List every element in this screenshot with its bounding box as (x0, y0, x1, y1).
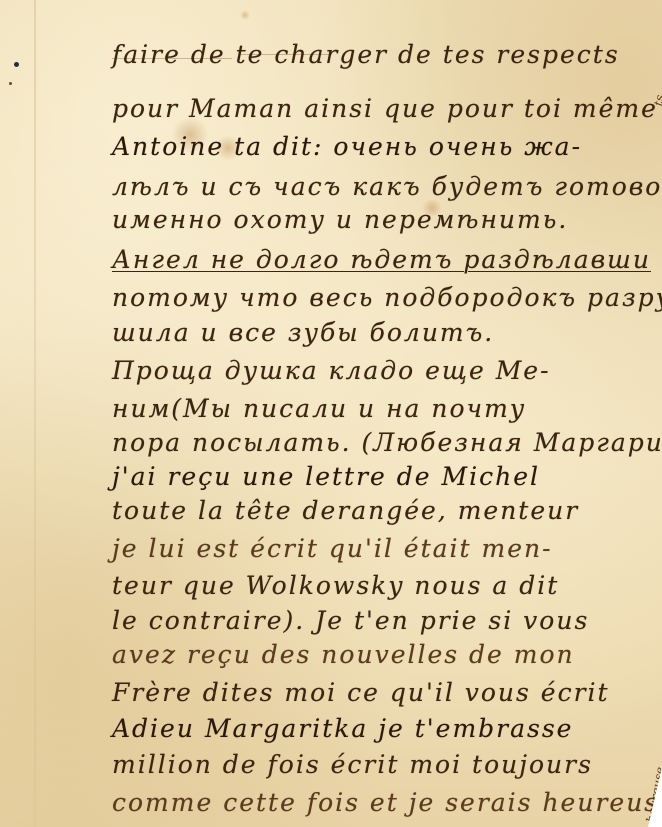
text-line: faire de te charger de tes respects (112, 40, 654, 69)
text-line: j'ai reçu une lettre de Michel (112, 462, 654, 491)
text-line: шила и все зубы болитъ. (112, 318, 654, 347)
ink-dot (9, 82, 12, 85)
text-line: avez reçu des nouvelles de mon (112, 640, 654, 669)
text-line: million de fois écrit moi toujours (112, 750, 654, 779)
text-line: Frère dites moi ce qu'il vous écrit (112, 678, 654, 707)
text-line: Antoine ta dit: очень очень жа- (112, 132, 654, 161)
torn-corner (648, 767, 662, 827)
manuscript-page: faire de te charger de tes respects pour… (0, 0, 662, 827)
text-line: именно охоту и перемѣнить. (112, 205, 654, 234)
text-line: pour Maman ainsi que pour toi même (112, 94, 654, 123)
text-line: потому что весь подбородокъ разру- (112, 283, 654, 312)
text-line: лѣлъ и съ часъ какъ будетъ готово (112, 172, 654, 201)
ink-dot (14, 62, 19, 67)
text-line: Adieu Margaritka je t'embrasse (112, 714, 654, 743)
text-line: je lui est écrit qu'il était men- (112, 534, 654, 563)
text-line: пора посылать. (Любезная Маргари (112, 428, 654, 457)
text-line: Ангел не долго ѣдетъ раздѣлавши (112, 245, 654, 274)
text-line: Проща душка кладо еще Ме- (112, 356, 654, 385)
text-line: toute la tête derangée, menteur (112, 496, 654, 525)
margin-note-top: ts (651, 94, 662, 107)
text-line: comme cette fois et je serais heureuse (112, 788, 654, 817)
ink-stain (240, 10, 250, 20)
text-line: ним(Мы писали и на почту (112, 394, 654, 423)
paper-fold (34, 0, 36, 827)
text-line: le contraire). Je t'en prie si vous (112, 606, 654, 635)
text-line: teur que Wolkowsky nous a dit (112, 571, 654, 600)
